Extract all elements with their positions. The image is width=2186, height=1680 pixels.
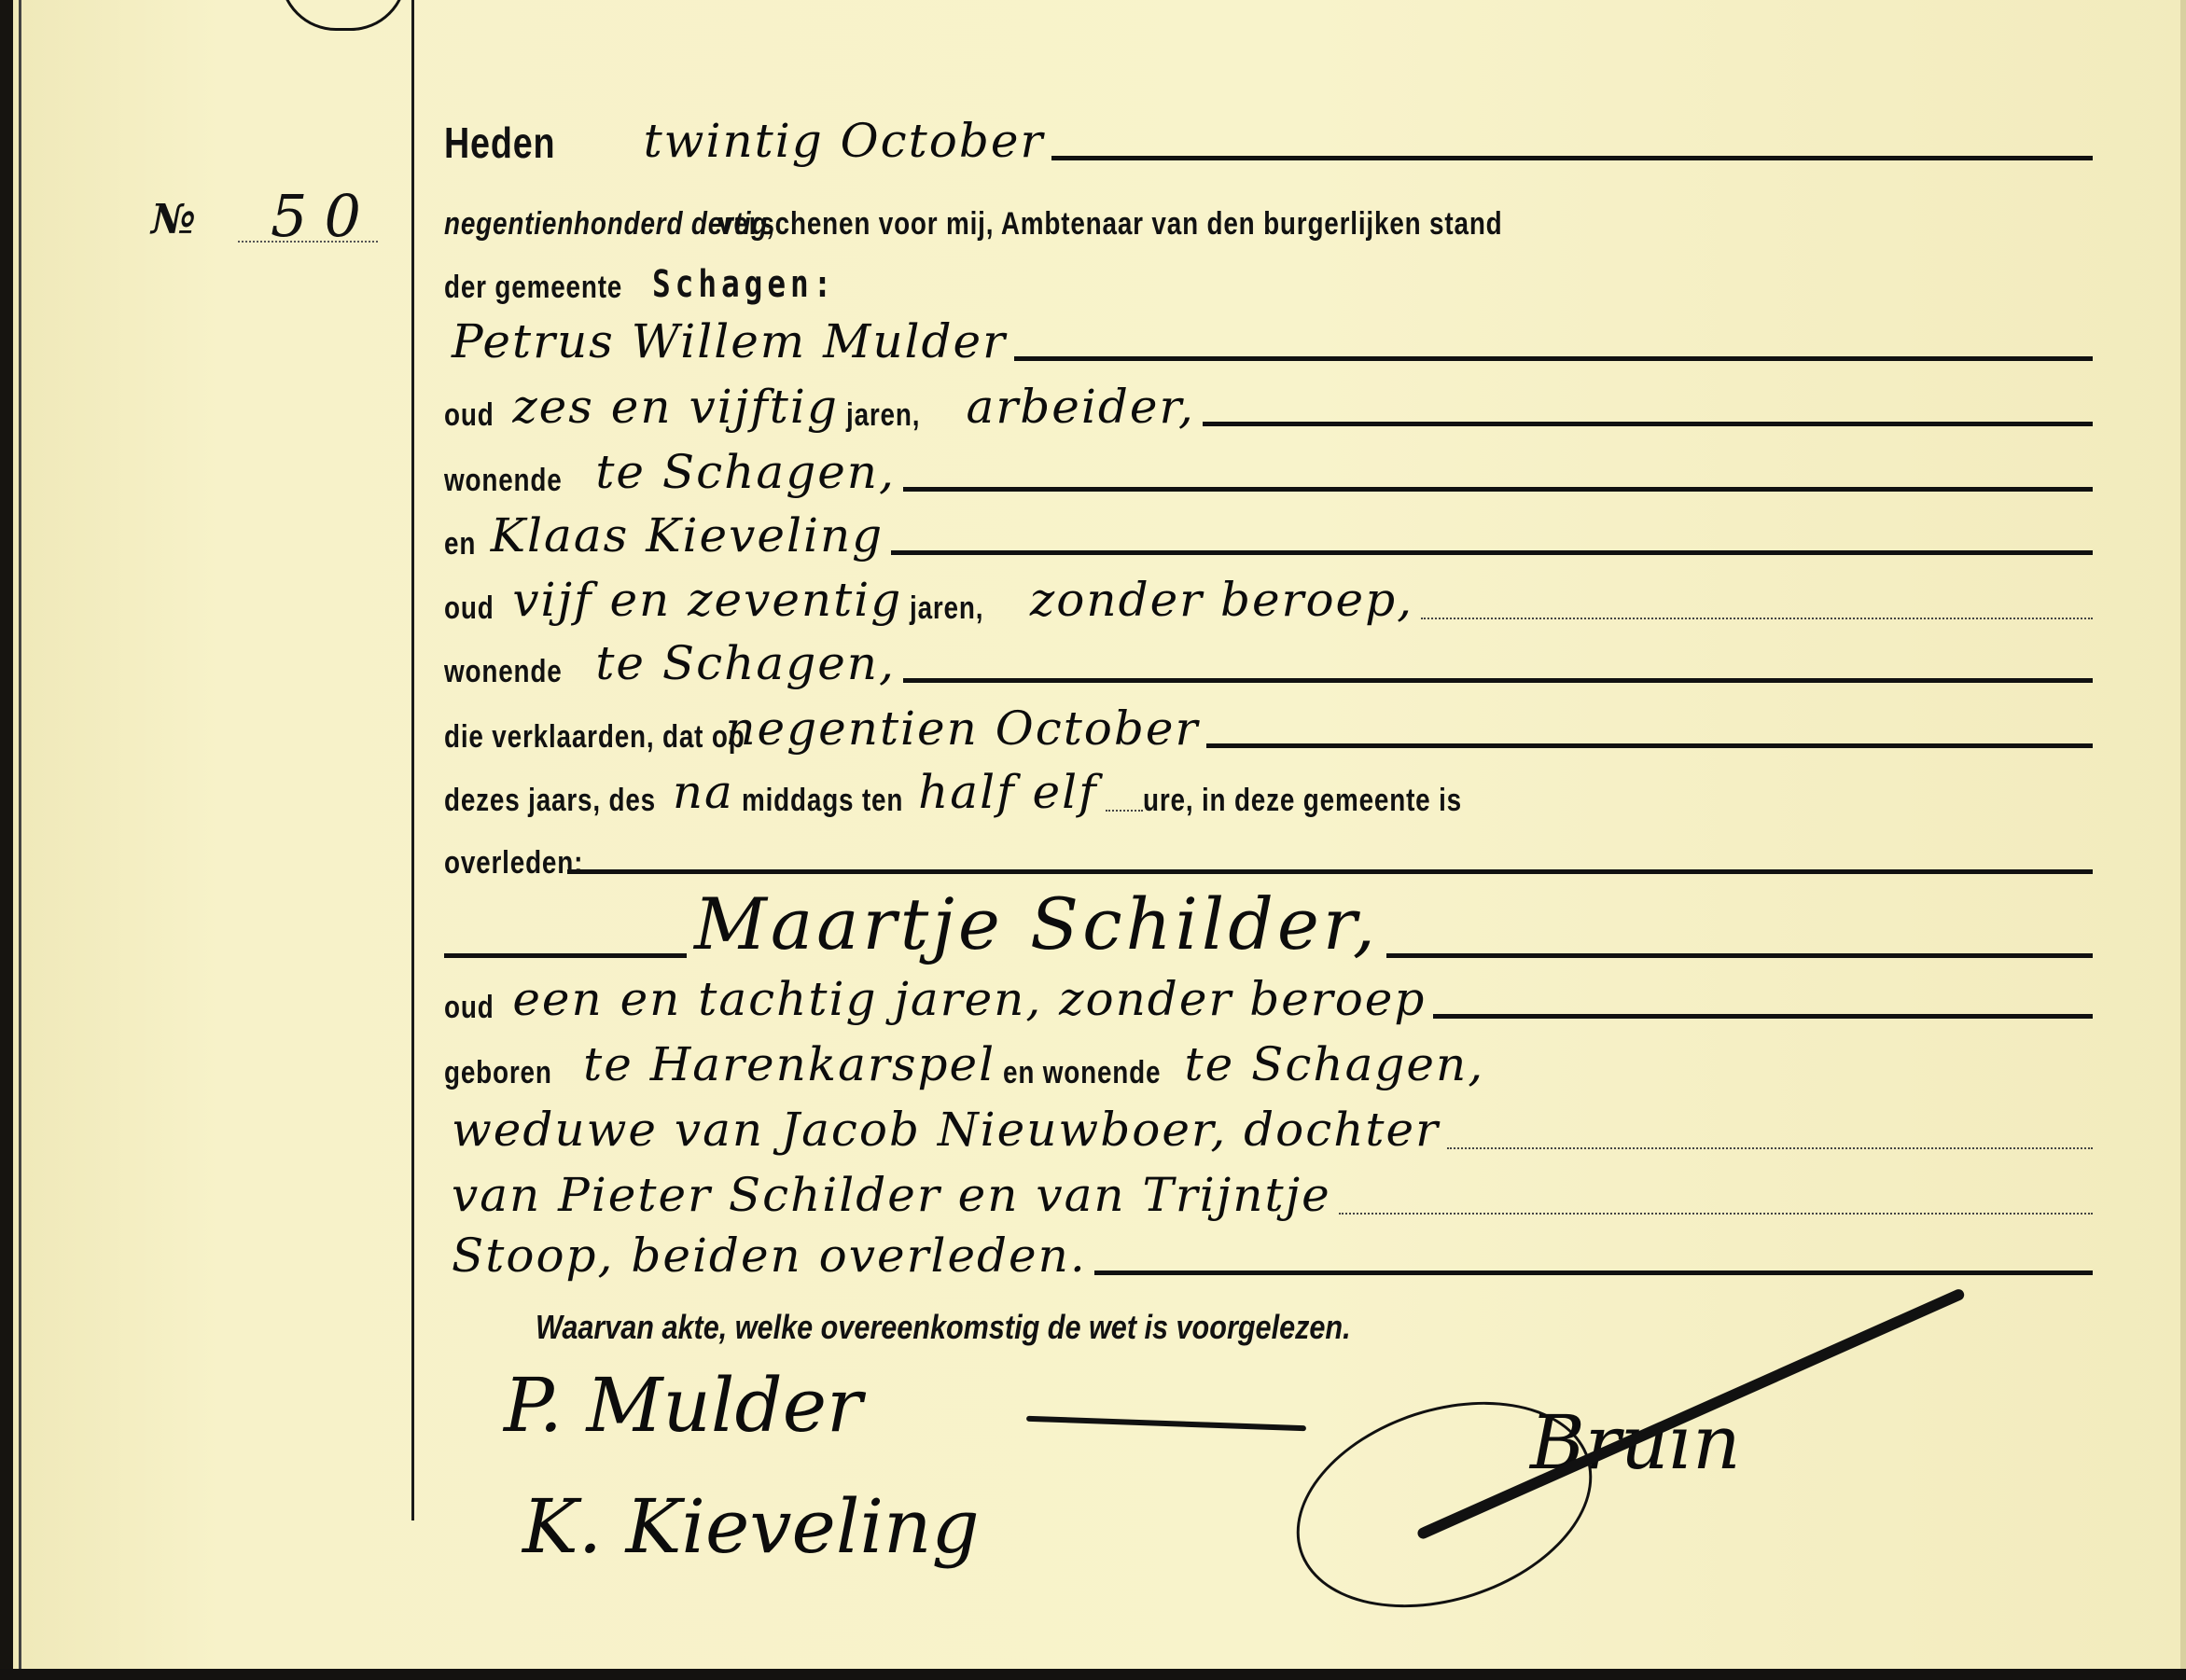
printed-label: die verklaarden, dat op bbox=[444, 719, 745, 756]
handwritten-age-occupation: een en tachtig jaren, zonder beroep bbox=[505, 972, 1433, 1026]
fill-line bbox=[903, 487, 2093, 492]
signature-flourish bbox=[1026, 1416, 1306, 1431]
printed-label: en wonende bbox=[1003, 1055, 1161, 1091]
printed-label: middags ten bbox=[742, 783, 903, 819]
line-gemeente: der gemeente Schagen: bbox=[444, 241, 2093, 306]
printed-label: der gemeente bbox=[444, 270, 622, 306]
fill-line bbox=[1447, 1147, 2093, 1149]
line-deceased-age: oud een en tachtig jaren, zonder beroep bbox=[444, 961, 2093, 1026]
printed-label: overleden: bbox=[444, 845, 583, 882]
line-deceased-name: Maartje Schilder, bbox=[444, 882, 2093, 965]
signature-witness2: K. Kieveling bbox=[522, 1483, 980, 1570]
document-page: № 50 Heden twintig October negentienhond… bbox=[0, 0, 2186, 1680]
handwritten-spouse: weduwe van Jacob Nieuwboer, dochter bbox=[444, 1103, 1447, 1157]
printed-municipality: Schagen: bbox=[652, 263, 836, 306]
handwritten-voor-na: na bbox=[665, 765, 742, 819]
fill-line bbox=[891, 550, 2093, 555]
fill-line bbox=[903, 678, 2093, 683]
handwritten-residence: te Schagen, bbox=[588, 636, 903, 690]
fill-line bbox=[1386, 953, 2093, 958]
line-year: negentienhonderd dertig, verschenen voor… bbox=[444, 177, 2093, 243]
fill-line bbox=[1433, 1014, 2093, 1019]
printed-label: geboren bbox=[444, 1055, 552, 1091]
handwritten-birthplace: te Harenkarspel bbox=[576, 1037, 1003, 1091]
line-parents: van Pieter Schilder en van Trijntje bbox=[444, 1157, 2093, 1222]
record-number-label: № bbox=[151, 196, 196, 243]
printed-label: oud bbox=[444, 397, 494, 434]
line-overleden: overleden: bbox=[444, 816, 2093, 882]
handwritten-date: twintig October bbox=[636, 114, 1052, 168]
line-parents-status: Stoop, beiden overleden. bbox=[444, 1217, 2093, 1283]
margin-rule bbox=[411, 0, 414, 1520]
printed-label: verschenen voor mij, Ambtenaar van den b… bbox=[718, 206, 1503, 243]
book-binding-edge bbox=[0, 0, 13, 1680]
page-right-edge bbox=[2180, 0, 2186, 1680]
handwritten-deceased-name: Maartje Schilder, bbox=[687, 882, 1386, 965]
fill-line bbox=[1203, 422, 2093, 426]
line-birthplace: geboren te Harenkarspel en wonende te Sc… bbox=[444, 1026, 2093, 1091]
ink-flourish-top bbox=[280, 0, 407, 31]
printed-label: oud bbox=[444, 990, 494, 1026]
record-number-dotted-line bbox=[238, 241, 378, 243]
fill-line bbox=[1094, 1270, 2093, 1275]
line-witness1-age: oud zes en vijftig jaren, arbeider, bbox=[444, 368, 2093, 434]
line-declaration-date: die verklaarden, dat op negentien Octobe… bbox=[444, 690, 2093, 756]
signature-witness1: P. Mulder bbox=[504, 1362, 862, 1449]
printed-label: oud bbox=[444, 590, 494, 627]
handwritten-hour: half elf bbox=[911, 765, 1106, 819]
fill-line bbox=[444, 953, 687, 958]
line-witness1-residence: wonende te Schagen, bbox=[444, 434, 2093, 499]
handwritten-death-date: negentien October bbox=[717, 701, 1206, 756]
fill-line bbox=[1421, 618, 2093, 619]
line-witness2-name: en Klaas Kieveling bbox=[444, 497, 2093, 562]
handwritten-age: vijf en zeventig bbox=[505, 573, 910, 627]
line-witness2-residence: wonende te Schagen, bbox=[444, 625, 2093, 690]
printed-label: dezes jaars, des bbox=[444, 783, 656, 819]
line-witness2-age: oud vijf en zeventig jaren, zonder beroe… bbox=[444, 562, 2093, 627]
handwritten-parents-status: Stoop, beiden overleden. bbox=[444, 1229, 1094, 1283]
handwritten-occupation: arbeider, bbox=[959, 380, 1203, 434]
handwritten-residence: te Schagen, bbox=[1177, 1037, 1493, 1091]
fill-line bbox=[567, 869, 2093, 874]
handwritten-occupation: zonder beroep, bbox=[1023, 573, 1421, 627]
printed-label: jaren, bbox=[846, 397, 920, 434]
line-spouse: weduwe van Jacob Nieuwboer, dochter bbox=[444, 1091, 2093, 1157]
closing-statement: Waarvan akte, welke overeenkomstig de we… bbox=[536, 1308, 1351, 1347]
handwritten-age: zes en vijftig bbox=[505, 380, 846, 434]
line-heden: Heden twintig October bbox=[444, 103, 2093, 168]
fill-line bbox=[1206, 743, 2093, 748]
printed-label: wonende bbox=[444, 463, 563, 499]
printed-label: ure, in deze gemeente is bbox=[1143, 783, 1462, 819]
printed-label: en bbox=[444, 526, 476, 562]
fill-line bbox=[1106, 810, 1143, 812]
handwritten-parents: van Pieter Schilder en van Trijntje bbox=[444, 1168, 1339, 1222]
printed-label: wonende bbox=[444, 654, 563, 690]
page-bottom-edge bbox=[0, 1669, 2186, 1680]
printed-label: jaren, bbox=[910, 590, 983, 627]
line-death-time: dezes jaars, des na middags ten half elf… bbox=[444, 754, 2093, 819]
line-witness1-name: Petrus Willem Mulder bbox=[444, 303, 2093, 368]
fill-line bbox=[1339, 1213, 2093, 1215]
fill-line bbox=[1051, 156, 2093, 160]
handwritten-witness2-name: Klaas Kieveling bbox=[483, 508, 891, 562]
fill-line bbox=[1014, 356, 2093, 361]
printed-label: Heden bbox=[444, 118, 555, 168]
handwritten-residence: te Schagen, bbox=[588, 445, 903, 499]
handwritten-witness1-name: Petrus Willem Mulder bbox=[444, 314, 1014, 368]
binding-rule bbox=[19, 0, 21, 1680]
